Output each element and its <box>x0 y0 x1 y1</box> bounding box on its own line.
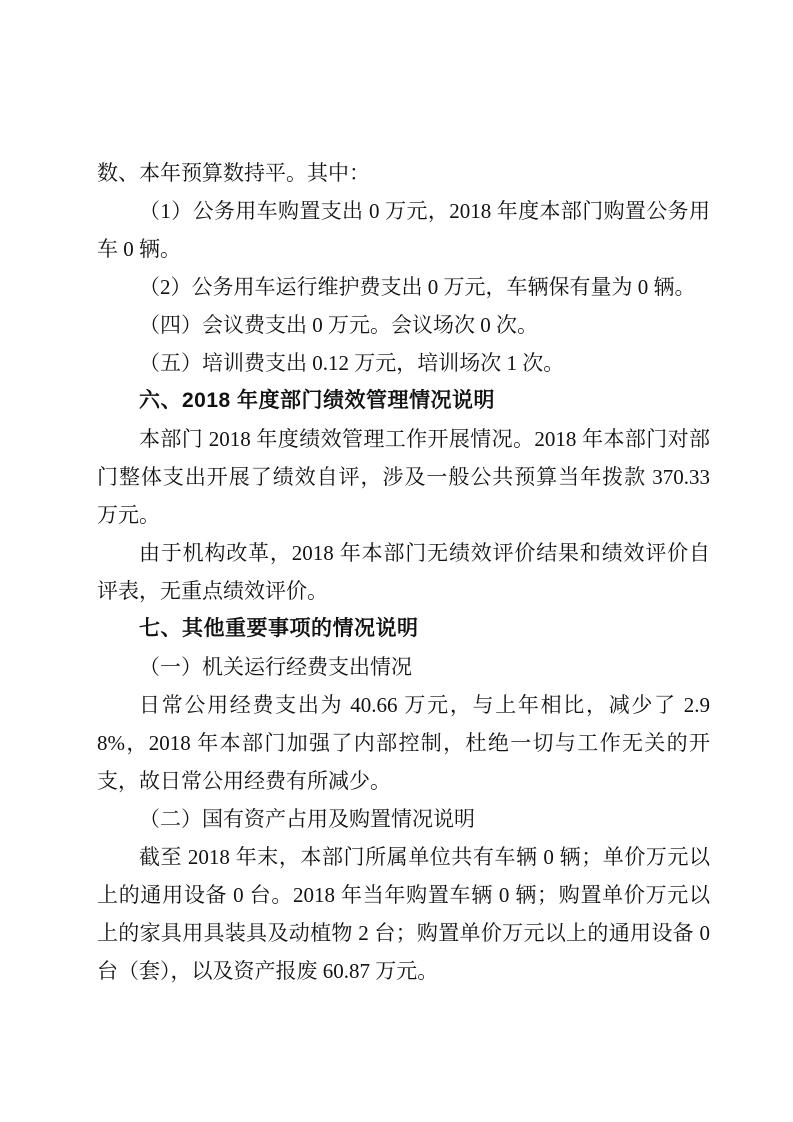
para-vehicle-purchase-expense: （1）公务用车购置支出 0 万元，2018 年度本部门购置公务用车 0 辆。 <box>97 192 710 268</box>
para-vehicle-maintenance-expense: （2）公务用车运行维护费支出 0 万元，车辆保有量为 0 辆。 <box>97 268 710 306</box>
para-training-expense: （五）培训费支出 0.12 万元，培训场次 1 次。 <box>97 344 710 382</box>
para-performance-self-evaluation: 本部门 2018 年度绩效管理工作开展情况。2018 年本部门对部门整体支出开展… <box>97 420 710 534</box>
subheading-state-assets: （二）国有资产占用及购置情况说明 <box>97 800 710 838</box>
subheading-agency-operating-expense: （一）机关运行经费支出情况 <box>97 648 710 686</box>
para-daily-public-expense: 日常公用经费支出为 40.66 万元，与上年相比，减少了 2.98%，2018 … <box>97 686 710 800</box>
document-page: 数、本年预算数持平。其中： （1）公务用车购置支出 0 万元，2018 年度本部… <box>0 0 793 1122</box>
para-state-assets-detail: 截至 2018 年末，本部门所属单位共有车辆 0 辆；单价万元以上的通用设备 0… <box>97 838 710 990</box>
para-meeting-expense: （四）会议费支出 0 万元。会议场次 0 次。 <box>97 306 710 344</box>
para-institutional-reform-note: 由于机构改革，2018 年本部门无绩效评价结果和绩效评价自评表，无重点绩效评价。 <box>97 534 710 610</box>
heading-section-6-performance-management: 六、2018 年度部门绩效管理情况说明 <box>97 382 710 420</box>
heading-section-7-other-important-matters: 七、其他重要事项的情况说明 <box>97 610 710 648</box>
para-budget-comparison-continuation: 数、本年预算数持平。其中： <box>97 154 710 192</box>
